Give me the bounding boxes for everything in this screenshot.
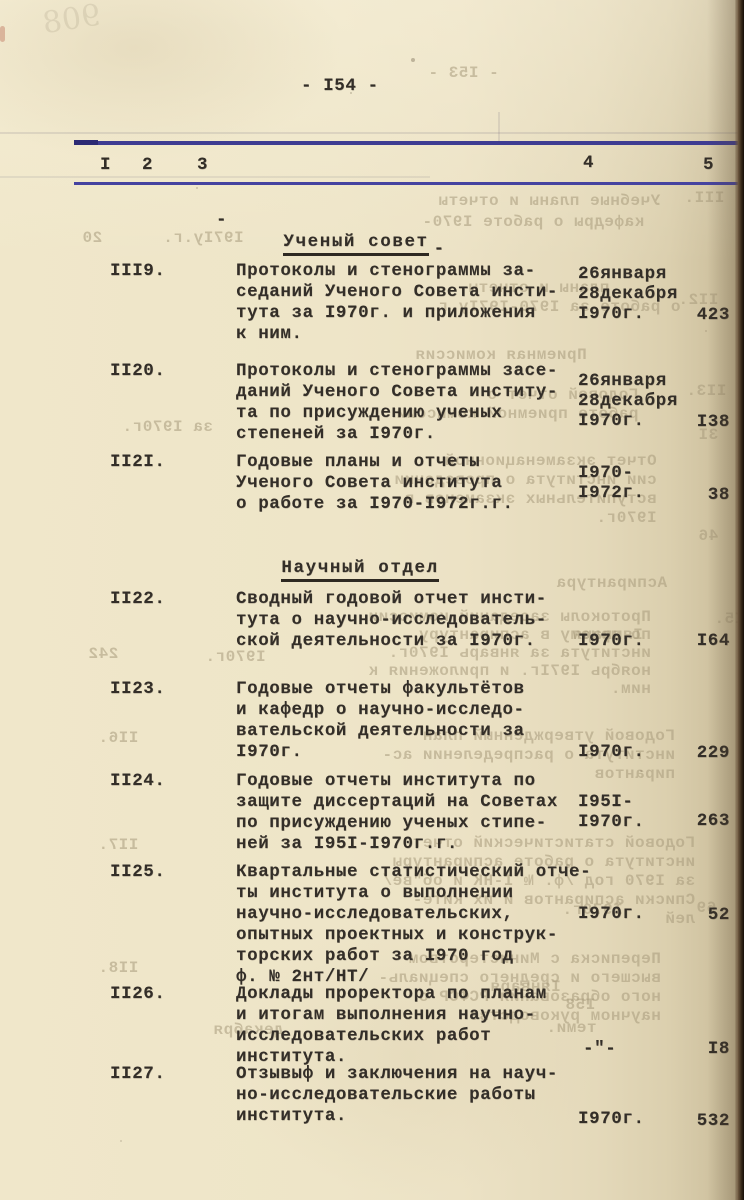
bleedthrough-text: Учебные планы и отчеты (438, 192, 660, 211)
heading-dash: - (434, 239, 445, 260)
ghost-rule-vertical (498, 112, 500, 144)
page-edge-dark-band (735, 0, 744, 1200)
file-number: III9. (110, 261, 166, 281)
file-number: II23. (110, 679, 166, 699)
file-number: II24. (110, 771, 166, 791)
ghost-rule-line (0, 176, 430, 178)
file-dates: I970г. (578, 904, 645, 924)
header-rule-top-cap (74, 140, 98, 145)
file-dates: I95I- I970г. (578, 792, 645, 832)
file-description: Годовые отчеты факультётов и кафедр о на… (236, 679, 606, 763)
file-description: Протоколы и стенограммы засе- даний Учен… (236, 361, 606, 445)
file-description: Доклады проректора по планам и итогам вы… (236, 984, 606, 1068)
file-number: II25. (110, 862, 166, 882)
page-number: - I54 - (301, 76, 379, 97)
header-rule-bottom (74, 182, 744, 185)
file-number: II22. (110, 589, 166, 609)
file-description: Годовые планы и отчеты Ученого Совета ин… (236, 452, 606, 515)
bleedthrough-text: - I53 - (428, 64, 499, 83)
file-description: Годовые отчеты института по защите диссе… (236, 771, 606, 855)
file-number: II27. (110, 1064, 166, 1084)
file-dates: I970- I972г. (578, 463, 645, 503)
archival-inventory-page: 908 - I53 - III. Учебные планы и отчеты … (0, 0, 744, 1200)
page-edge-shadow (707, 0, 737, 1200)
file-dates: -"- (583, 1039, 616, 1059)
file-dates: I970г. (578, 742, 645, 762)
column-header-2: 2 (142, 155, 153, 176)
file-dates: I970г. (578, 631, 645, 651)
paper-fleck (0, 26, 5, 42)
file-description: Сводный годовой отчет инсти- тута о науч… (236, 589, 606, 652)
bleedthrough-text: 242 (88, 645, 118, 664)
heading-dash: - (216, 210, 227, 231)
bleedthrough-text: за I970г. (122, 418, 213, 437)
file-number: II20. (110, 361, 166, 381)
bleedthrough-text: I97Iу.г. 20 (82, 229, 244, 248)
file-description: Протоколы и стенограммы за- седаний Учен… (236, 261, 606, 345)
ghost-rule-line (0, 132, 744, 134)
paper-specks (0, 0, 2, 2)
file-dates: I970г. (578, 1109, 645, 1129)
column-header-4: 4 (583, 153, 594, 174)
bleedthrough-text: II7. (98, 836, 138, 855)
section-title: Научный отдел (281, 558, 438, 582)
file-number: II26. (110, 984, 166, 1004)
bleedthrough-text: кафедры о работе I970- (422, 213, 644, 232)
file-description: Отзывыф и заключения на науч- но-исследо… (236, 1064, 606, 1127)
bleedthrough-text: II8. (98, 959, 138, 978)
column-header-1: I (100, 155, 111, 176)
file-description: Квартальные статистический отче- ты инст… (236, 862, 606, 988)
column-header-3: 3 (197, 155, 208, 176)
section-title: Ученый совет (283, 232, 428, 256)
file-number: II2I. (110, 452, 166, 472)
bleedthrough-handwriting: 908 (41, 6, 102, 34)
bleedthrough-text: II6. (98, 729, 138, 748)
header-rule-top (74, 141, 744, 145)
